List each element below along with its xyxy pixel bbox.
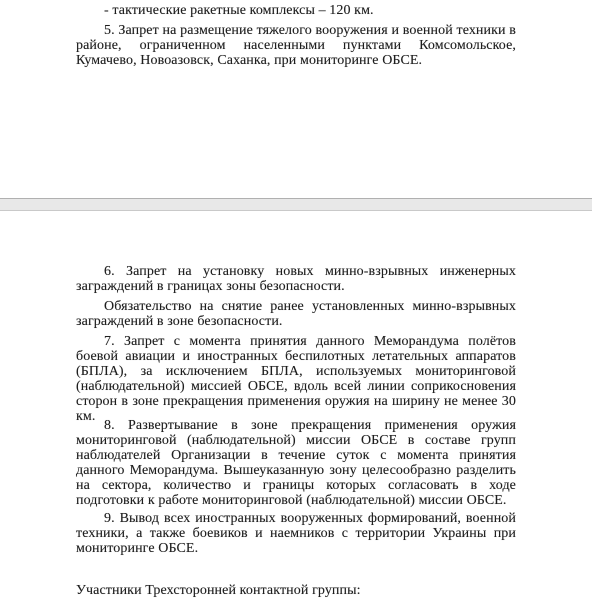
paragraph-6-obligation: Обязательство на снятие ранее установлен… — [76, 299, 516, 329]
bullet-line-tactical-missiles: - тактические ракетные комплексы – 120 к… — [76, 3, 516, 18]
document-viewport: - тактические ракетные комплексы – 120 к… — [0, 0, 592, 605]
participants-heading: Участники Трехсторонней контактной групп… — [76, 583, 516, 598]
page-separator — [0, 198, 592, 211]
paragraph-5: 5. Запрет на размещение тяжелого вооруже… — [76, 23, 516, 68]
paragraph-6: 6. Запрет на установку новых минно-взрыв… — [76, 264, 516, 294]
paragraph-8: 8. Развертывание в зоне прекращения прим… — [76, 418, 516, 508]
paragraph-7: 7. Запрет с момента принятия данного Мем… — [76, 334, 516, 424]
paragraph-9: 9. Вывод всех иностранных вооруженных фо… — [76, 511, 516, 556]
